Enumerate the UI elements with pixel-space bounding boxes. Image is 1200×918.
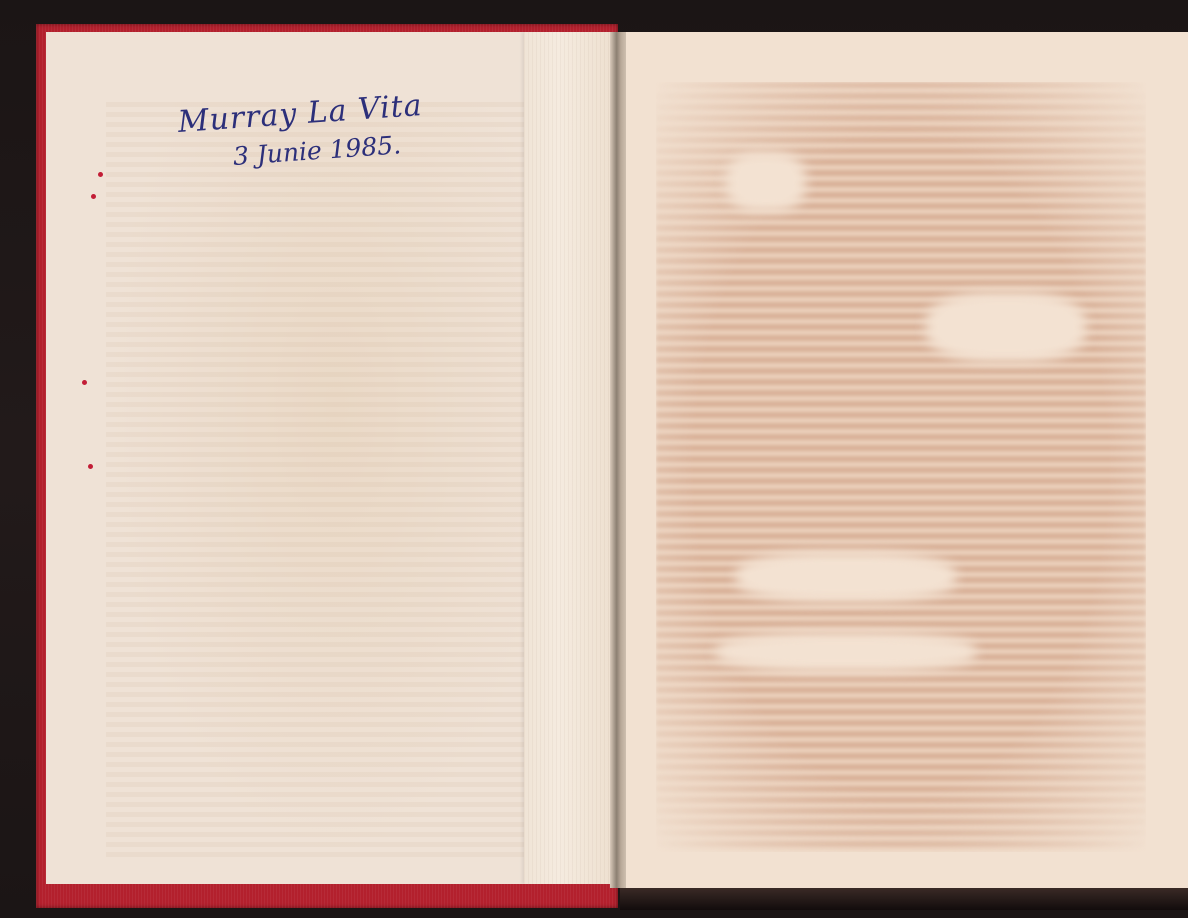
stain-gap xyxy=(716,632,976,672)
page-bottom-shadow xyxy=(620,888,1192,910)
red-ink-spot xyxy=(88,464,93,469)
red-ink-spot xyxy=(98,172,103,177)
stain-gap xyxy=(926,292,1086,362)
red-ink-spot xyxy=(91,194,96,199)
stain-gap xyxy=(726,152,806,212)
photo-background: Murray La Vita 3 Junie 1985. xyxy=(0,0,1200,918)
right-page-stained xyxy=(626,32,1188,890)
show-through-text xyxy=(106,102,566,862)
image-border xyxy=(1188,0,1200,918)
inscription-date: 3 Junie 1985. xyxy=(232,131,423,169)
page-edge-stack xyxy=(524,32,612,884)
red-ink-spot xyxy=(82,380,87,385)
left-endpaper: Murray La Vita 3 Junie 1985. xyxy=(46,32,612,884)
stain-gap xyxy=(736,552,956,602)
handwritten-inscription: Murray La Vita 3 Junie 1985. xyxy=(178,108,423,169)
